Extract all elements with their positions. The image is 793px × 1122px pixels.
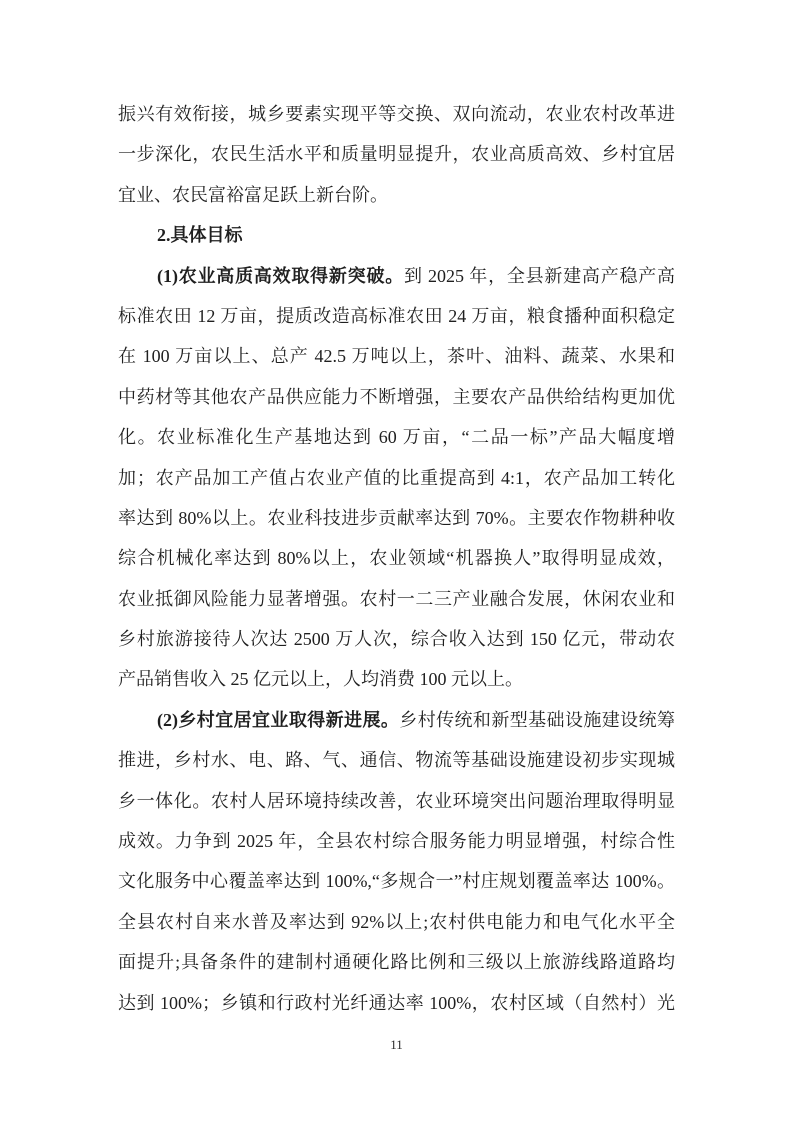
text-line: 综合机械化率达到 80%以上，农业领域“机器换人”取得明显成效，	[118, 538, 675, 578]
text-line: 乡一体化。农村人居环境持续改善，农业环境突出问题治理取得明显	[118, 781, 675, 821]
text-line: 推进，乡村水、电、路、气、通信、物流等基础设施建设初步实现城	[118, 740, 675, 780]
text-line: 率达到 80%以上。农业科技进步贡献率达到 70%。主要农作物耕种收	[118, 498, 675, 538]
text-line: 中药材等其他农产品供应能力不断增强，主要农产品供给结构更加优	[118, 377, 675, 417]
page-number: 11	[0, 1036, 793, 1054]
paragraph-lead-rest: 乡村传统和新型基础设施建设统筹	[399, 710, 675, 730]
text-line: 振兴有效衔接，城乡要素实现平等交换、双向流动，农业农村改革进	[118, 94, 675, 134]
text-line: 标准农田 12 万亩，提质改造高标准农田 24 万亩，粮食播种面积稳定	[118, 296, 675, 336]
text-line: (1)农业高质高效取得新突破。到 2025 年，全县新建高产稳产高	[118, 256, 675, 296]
text-line: 加；农产品加工产值占农业产值的比重提高到 4:1，农产品加工转化	[118, 458, 675, 498]
text-block: 振兴有效衔接，城乡要素实现平等交换、双向流动，农业农村改革进 一步深化，农民生活…	[118, 94, 675, 1023]
text-line: 乡村旅游接待人次达 2500 万人次，综合收入达到 150 亿元，带动农	[118, 619, 675, 659]
text-line: 农业抵御风险能力显著增强。农村一二三产业融合发展，休闲农业和	[118, 579, 675, 619]
section-heading: 2.具体目标	[118, 215, 675, 255]
text-line: 达到 100%；乡镇和行政村光纤通达率 100%，农村区域（自然村）光	[118, 983, 675, 1023]
text-line: 成效。力争到 2025 年，全县农村综合服务能力明显增强，村综合性	[118, 821, 675, 861]
text-line: 在 100 万亩以上、总产 42.5 万吨以上，茶叶、油料、蔬菜、水果和	[118, 336, 675, 376]
text-line: 产品销售收入 25 亿元以上，人均消费 100 元以上。	[118, 659, 675, 699]
text-line: 面提升;具备条件的建制村通硬化路比例和三级以上旅游线路道路均	[118, 942, 675, 982]
paragraph-lead: (2)乡村宜居宜业取得新进展。	[157, 710, 399, 730]
text-line: 宜业、农民富裕富足跃上新台阶。	[118, 175, 675, 215]
text-line: 全县农村自来水普及率达到 92%以上;农村供电能力和电气化水平全	[118, 902, 675, 942]
text-line: (2)乡村宜居宜业取得新进展。乡村传统和新型基础设施建设统筹	[118, 700, 675, 740]
paragraph-lead-rest: 到 2025 年，全县新建高产稳产高	[404, 266, 675, 286]
text-line: 一步深化，农民生活水平和质量明显提升，农业高质高效、乡村宜居	[118, 134, 675, 174]
document-page: 振兴有效衔接，城乡要素实现平等交换、双向流动，农业农村改革进 一步深化，农民生活…	[0, 0, 793, 1122]
paragraph-lead: (1)农业高质高效取得新突破。	[157, 266, 404, 286]
text-line: 文化服务中心覆盖率达到 100%,“多规合一”村庄规划覆盖率达 100%。	[118, 861, 675, 901]
text-line: 化。农业标准化生产基地达到 60 万亩，“二品一标”产品大幅度增	[118, 417, 675, 457]
